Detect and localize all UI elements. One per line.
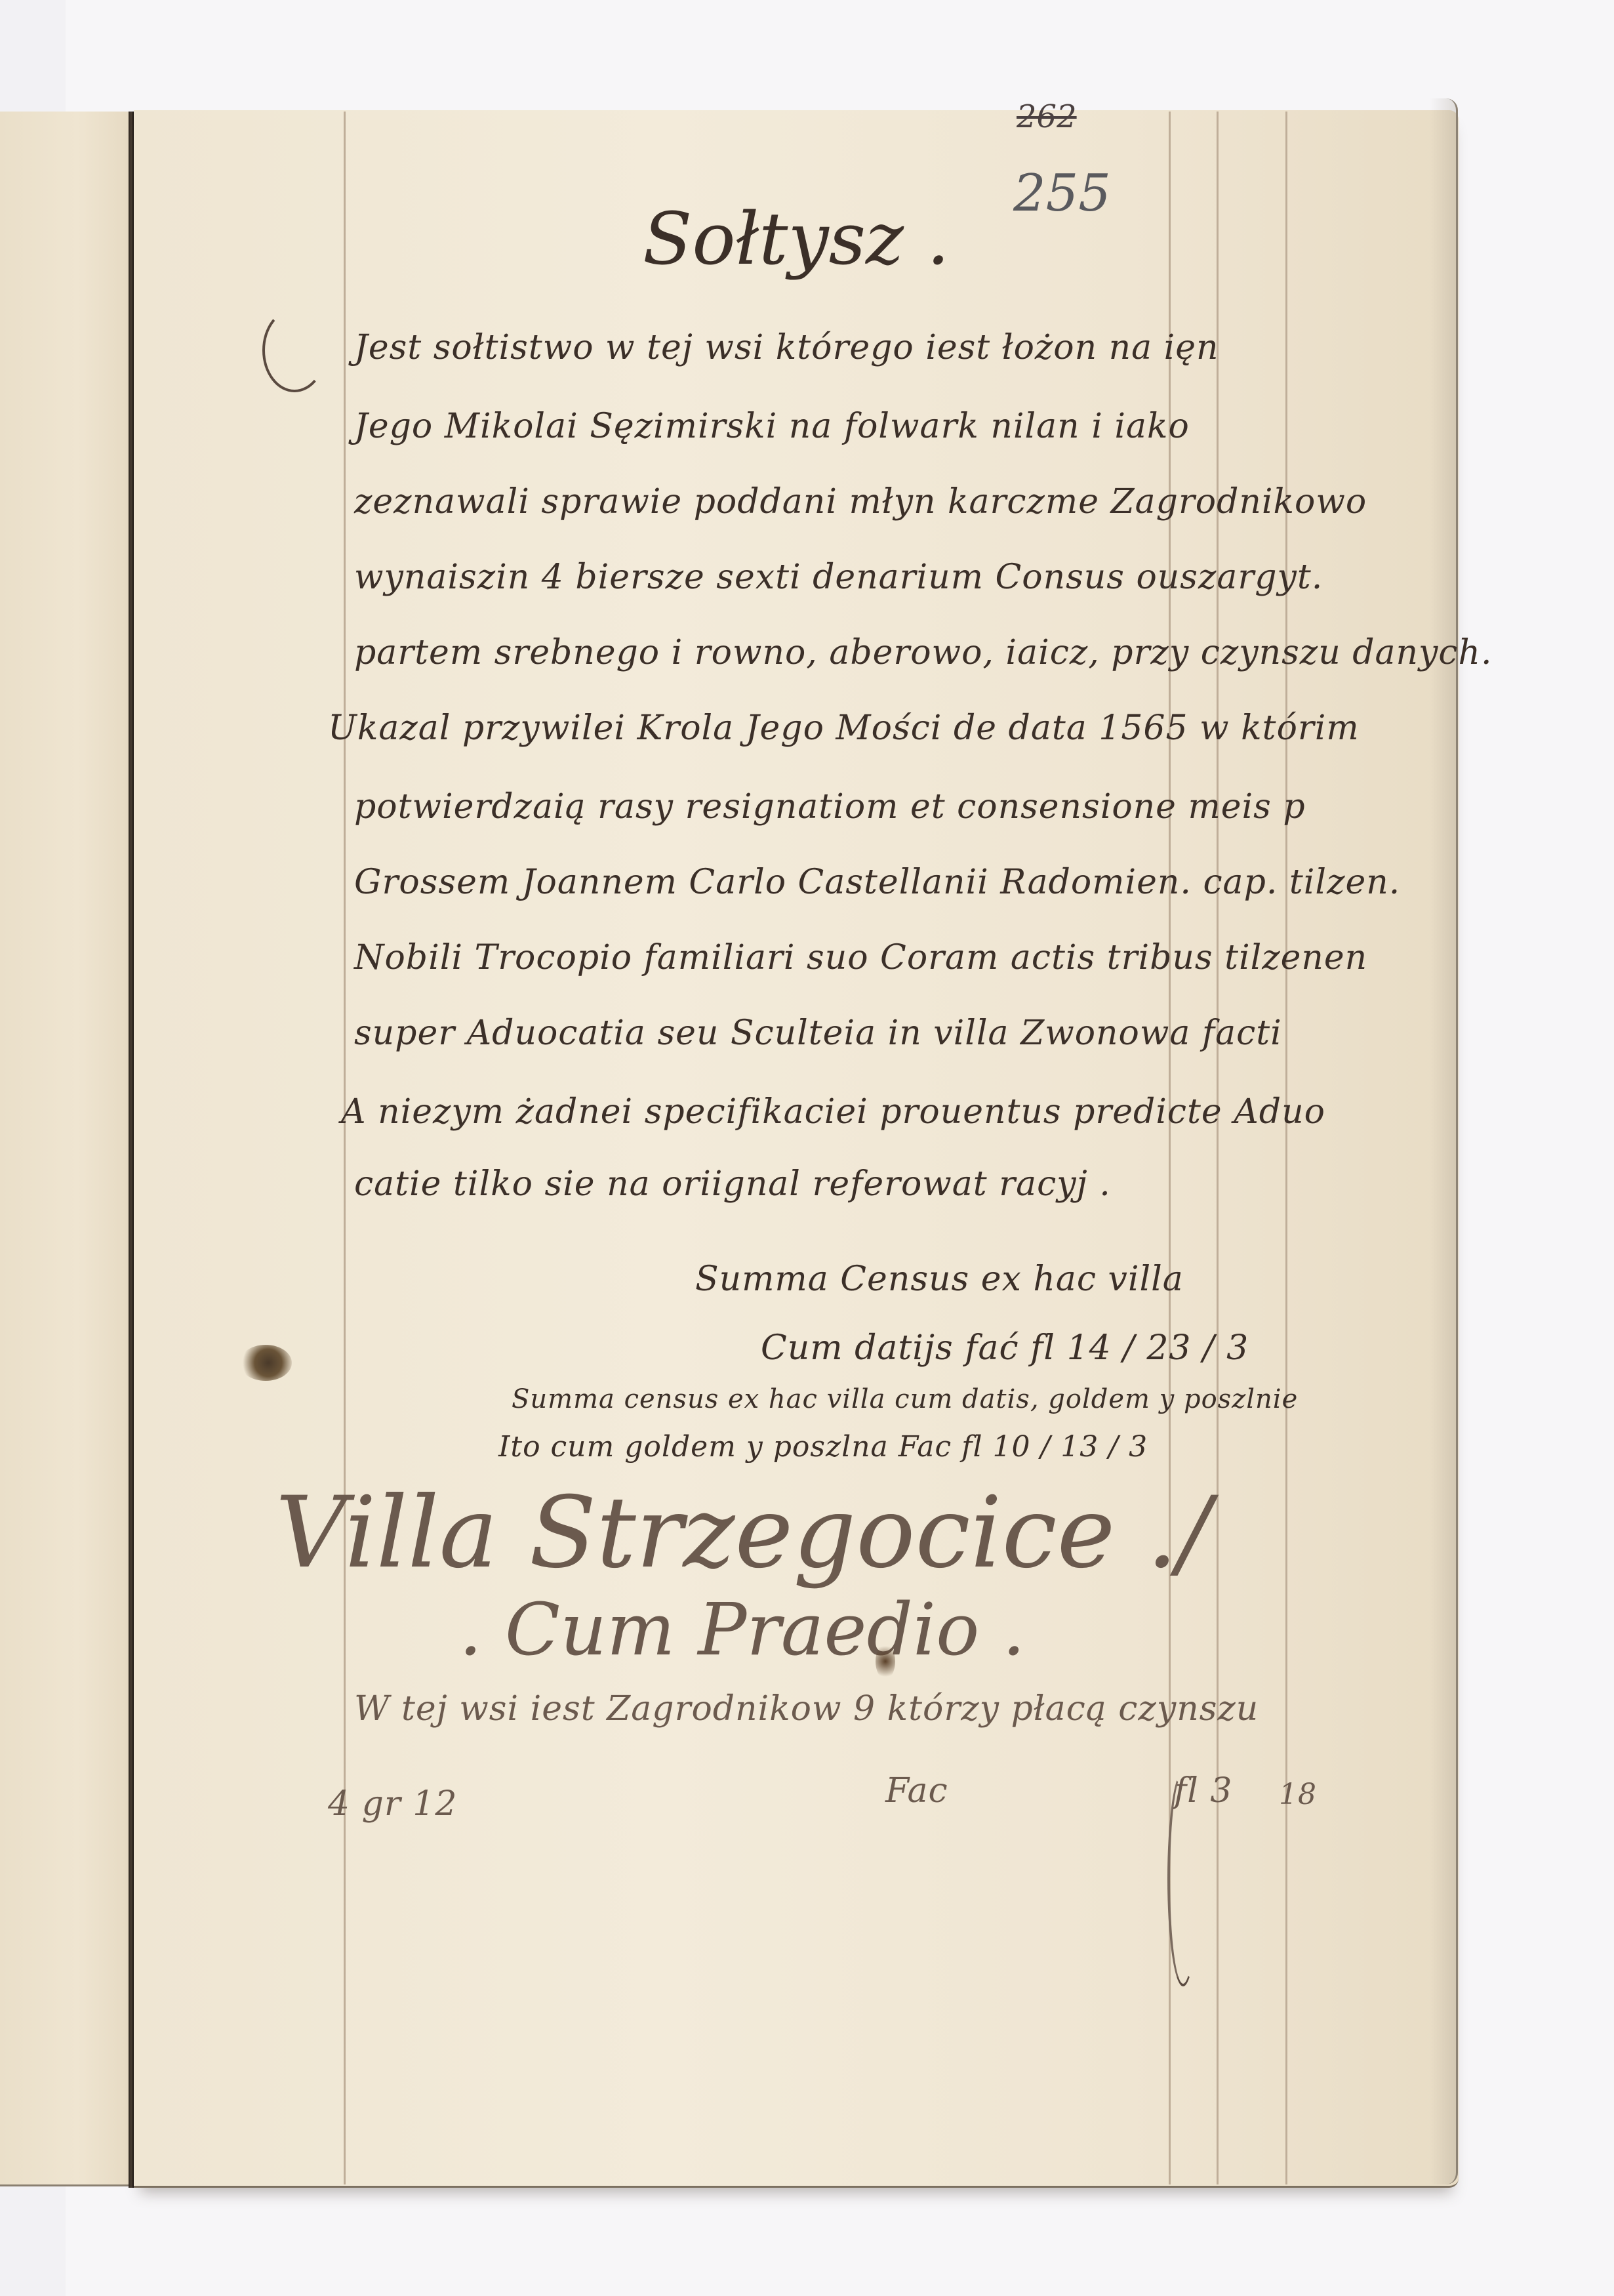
section-subtitle: . Cum Praedio . <box>459 1588 1025 1671</box>
left-margin-rule <box>344 112 346 2184</box>
amount-left: 4 gr 12 <box>328 1784 457 1824</box>
summary-line: Summa Census ex hac villa <box>695 1260 1184 1299</box>
summary-line: Summa census ex hac villa cum datis, gol… <box>512 1384 1298 1414</box>
text-line: catie tilko sie na oriignal referowat ra… <box>354 1164 1111 1204</box>
text-line: Jego Mikolai Sęzimirski na folwark nilan… <box>354 407 1190 446</box>
summary-total-2: Ito cum goldem y poszlna Fac fl 10 / 13 … <box>498 1430 1148 1464</box>
text-line: partem srebnego i rowno, aberowo, iaicz,… <box>354 633 1493 672</box>
left-page-edge <box>0 112 130 2186</box>
text-line: W tej wsi iest Zagrodnikow 9 którzy płac… <box>354 1689 1259 1729</box>
folio-number-old: 262 <box>1017 98 1077 135</box>
right-margin-rule-2 <box>1217 112 1219 2184</box>
text-line: potwierdzaią rasy resignatiom et consens… <box>354 787 1306 827</box>
text-line: Jest sołtistwo w tej wsi którego iest ło… <box>354 328 1219 367</box>
text-line: A niezym żadnei specifikaciei prouentus … <box>341 1092 1325 1132</box>
amount-label: Fac <box>885 1771 948 1811</box>
initial-flourish <box>262 308 327 392</box>
folio-number-new: 255 <box>1013 164 1111 223</box>
page-fore-edge <box>1430 98 1458 2184</box>
text-line: zeznawali sprawie poddani młyn karczme Z… <box>354 482 1367 522</box>
page-heading: Sołtysz . <box>643 197 950 281</box>
amount-right: 18 <box>1279 1778 1317 1811</box>
section-title-villa: Villa Strzegocice ./ <box>275 1476 1211 1590</box>
right-margin-rule-3 <box>1285 112 1287 2184</box>
text-line: Nobili Trocopio familiari suo Coram acti… <box>354 938 1367 977</box>
ink-stain <box>876 1643 895 1679</box>
book-gutter <box>129 112 134 2188</box>
text-line: Ukazal przywilei Krola Jego Mości de dat… <box>328 708 1360 748</box>
text-line: wynaiszin 4 biersze sexti denarium Consu… <box>354 558 1323 597</box>
summary-total-1: Cum datijs fać fl 14 / 23 / 3 <box>761 1328 1249 1368</box>
text-line: super Aduocatia seu Sculteia in villa Zw… <box>354 1014 1282 1053</box>
text-line: Grossem Joannem Carlo Castellanii Radomi… <box>354 863 1400 902</box>
descender-flourish <box>1167 1771 1199 1986</box>
ink-stain <box>239 1345 292 1381</box>
